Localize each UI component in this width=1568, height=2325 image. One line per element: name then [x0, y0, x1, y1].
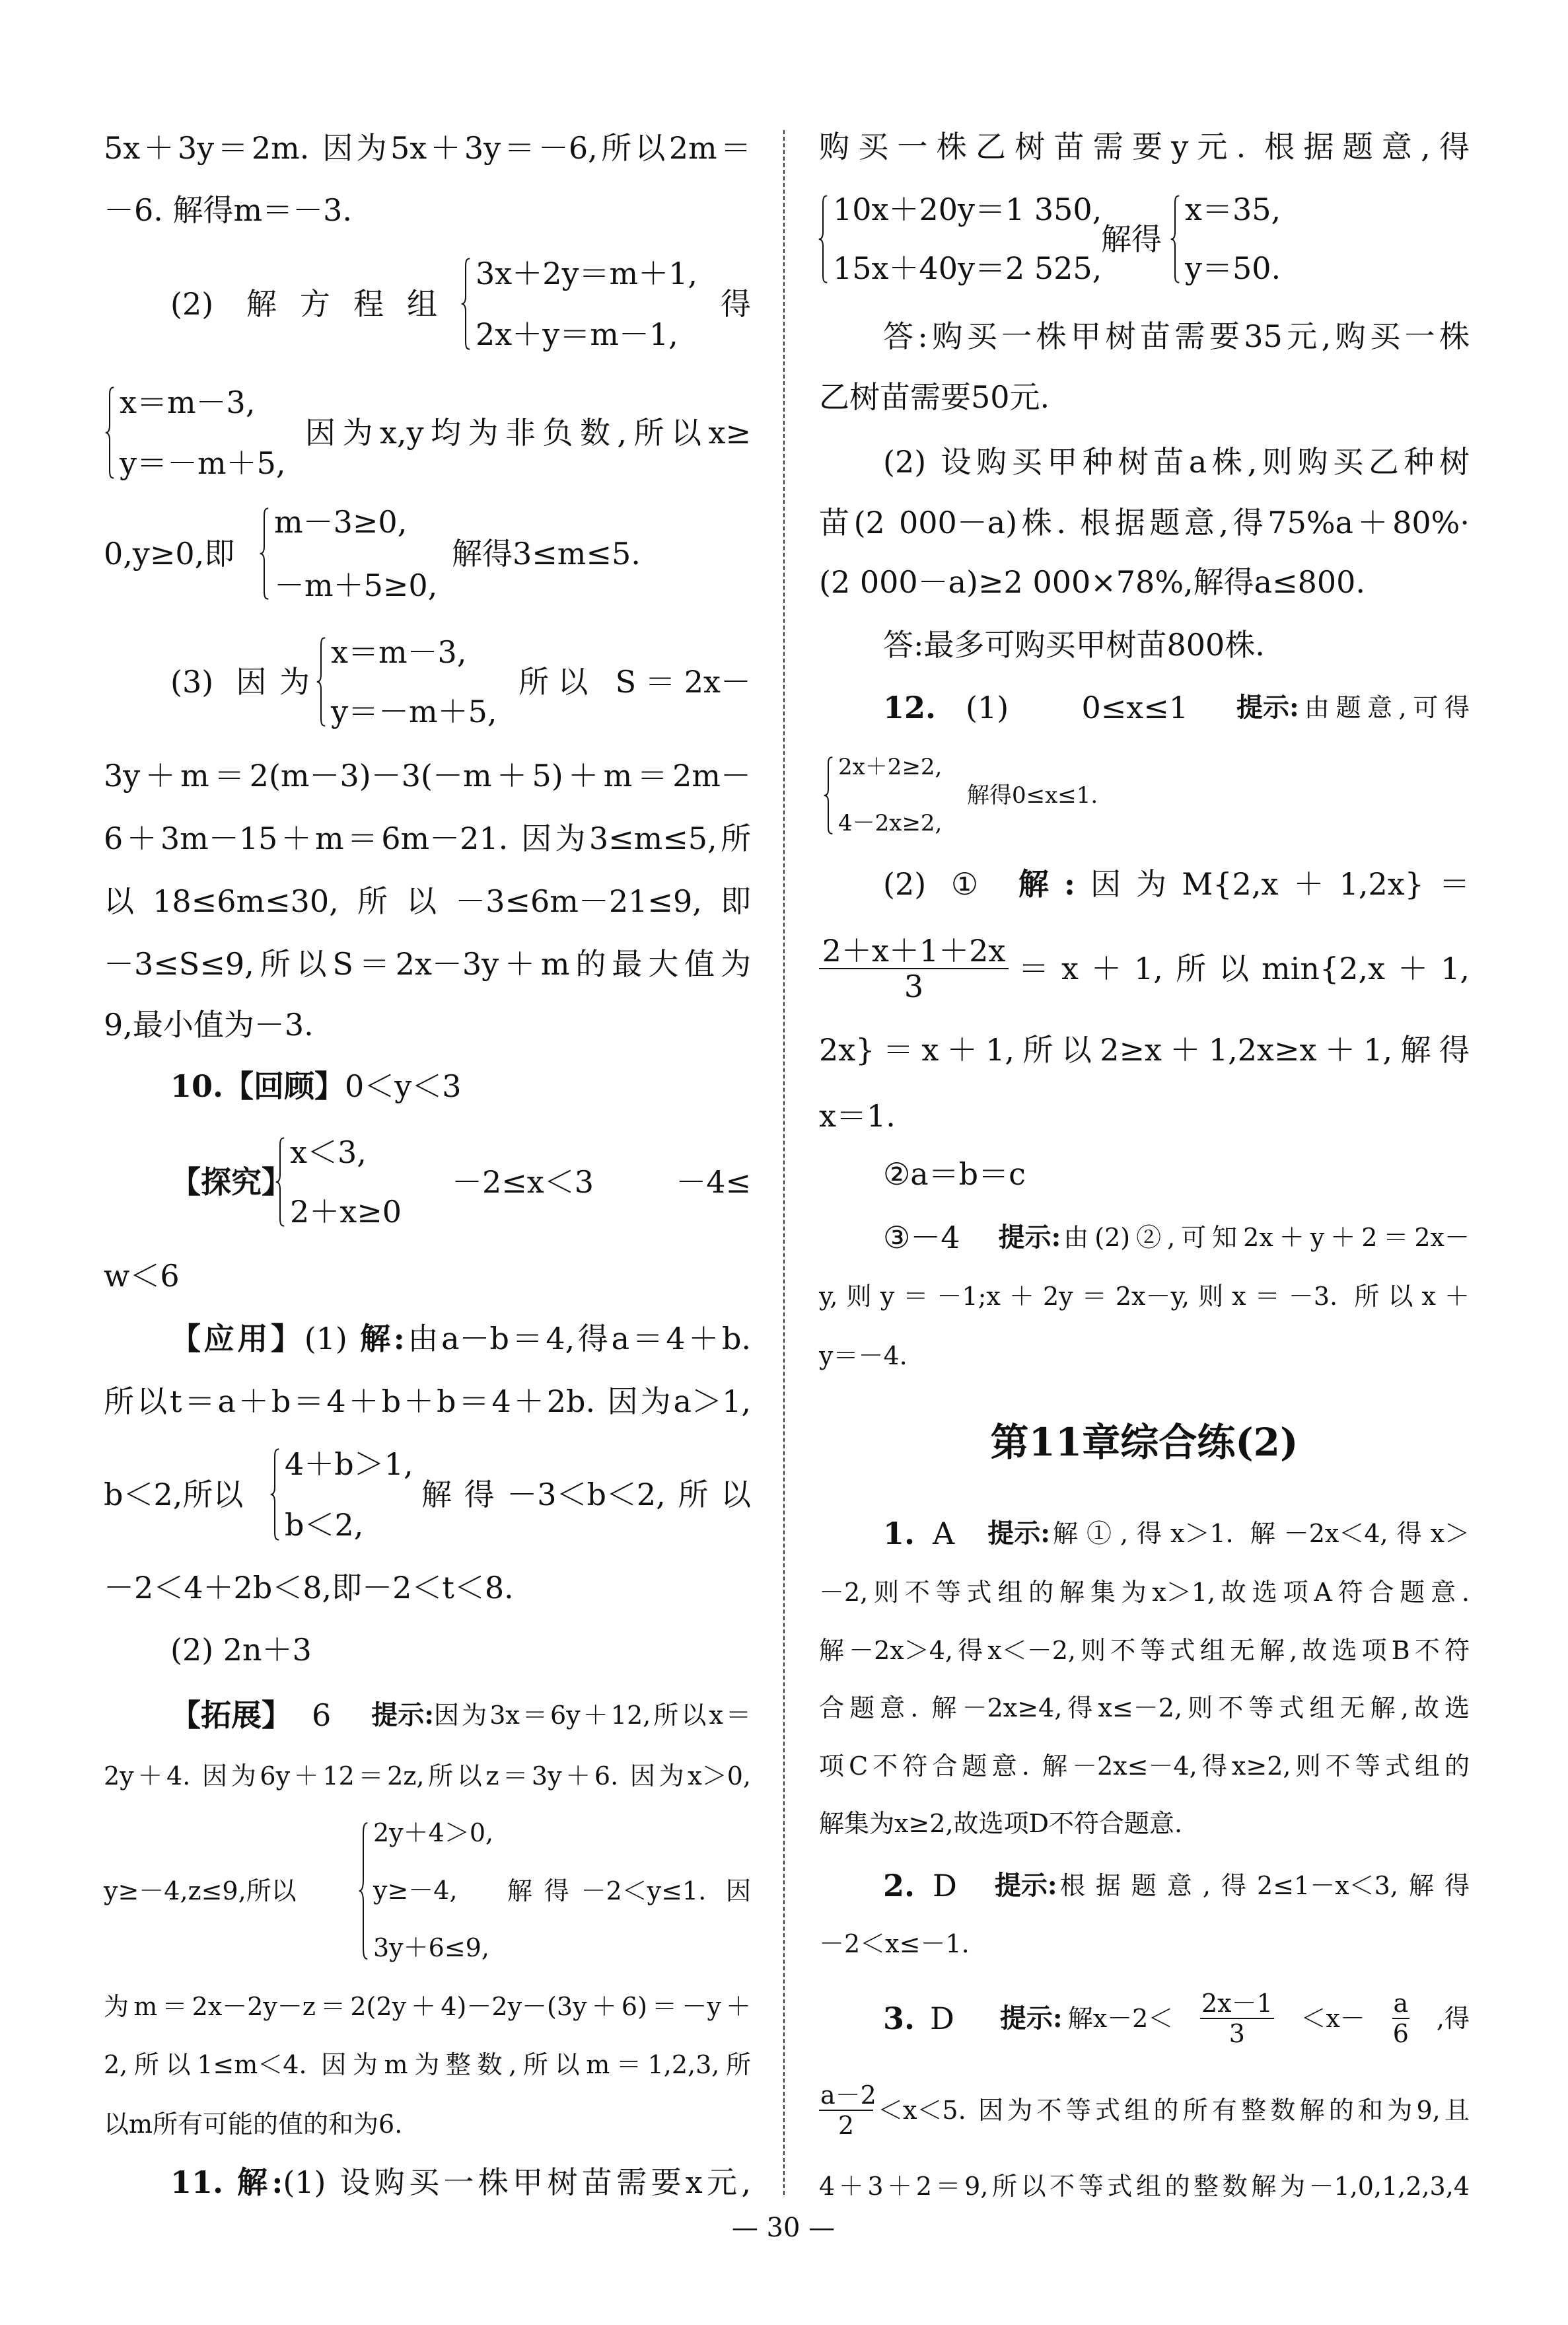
review-q3-line: a－2 2 ＜x＜5. 因为不等式组的所有整数解的和为9,且 — [819, 2077, 1470, 2143]
q9-solution-line: x＝m－3, y＝－m＋5, 因为x,y均为非负数,所以x≥ — [104, 372, 751, 494]
numerator: 2＋x＋1＋2x — [819, 934, 1009, 969]
answer: ③－4 — [883, 1219, 960, 1256]
text: (1) 设购买一株甲树苗需要x元, — [283, 2164, 751, 2200]
question-number: 12. — [883, 689, 936, 726]
equation: x＝m－3, — [120, 372, 297, 433]
chapter-heading: 第11章综合练(2) — [819, 1419, 1470, 1465]
numerator: a－2 — [819, 2081, 873, 2111]
section-label: 【应用】 — [170, 1321, 304, 1356]
text: 得 — [721, 285, 751, 322]
q10-line: －2＜4＋2b＜8,即－2＜t＜8. — [104, 1569, 751, 1606]
hint-text: ,得 — [1437, 2003, 1470, 2034]
q9-line: 5x＋3y＝2m. 因为5x＋3y＝－6,所以2m＝ — [104, 129, 751, 166]
answer: (1) 0≤x≤1 — [966, 689, 1188, 726]
page-number: — 30 — — [651, 2212, 915, 2244]
hint-text: ＜x＜5. 因为不等式组的所有整数解的和为9,且 — [878, 2095, 1470, 2125]
equation: y＝－m＋5, — [331, 682, 509, 741]
hint-label: 提示: — [995, 1867, 1057, 1904]
part-label: (1) — [304, 1321, 360, 1356]
inequality: x＜3, — [290, 1123, 409, 1182]
equation: 10x＋20y＝1 350, — [833, 180, 1098, 239]
hint-line: 为m＝2x－2y－z＝2(2y＋4)－2y－(3y＋6)＝－y＋ — [104, 1991, 751, 2022]
q11-line: 11. 解:(1) 设购买一株甲树苗需要x元, — [170, 2164, 751, 2201]
left-brace-icon — [357, 1822, 369, 1960]
hint-line: 合题意. 解－2x≥4,得x≤－2,则不等式组无解,故选 — [819, 1693, 1470, 1723]
part-label: (2) ① — [883, 866, 1018, 902]
q10-apply-system-line: b＜2,所以 4＋b＞1, b＜2, 解得－3＜b＜2,所以 — [104, 1434, 751, 1555]
inequality-system: 2x＋2≥2, 4－2x≥2, — [822, 739, 962, 852]
inequality: －m＋5≥0, — [274, 554, 446, 617]
text: 解得 — [1101, 221, 1164, 258]
explore-answers: －2≤x＜3 －4≤ — [452, 1163, 751, 1200]
equation-system: 10x＋20y＝1 350, 15x＋40y＝2 525, — [817, 180, 1098, 298]
q9-line: 3y＋m＝2(m－3)－3(－m＋5)＋m＝2m－ — [104, 757, 751, 794]
denominator: 6 — [1392, 2019, 1410, 2048]
text: 由a－b＝4,得a＝4＋b. — [405, 1321, 751, 1356]
text: 解得3≤m≤5. — [452, 535, 641, 572]
text: 因为x,y均为非负数,所以x≥ — [305, 414, 751, 451]
denominator: 2 — [819, 2111, 873, 2140]
hint-line: 2,所以1≤m＜4. 因为m为整数,所以m＝1,2,3,所 — [104, 2049, 751, 2080]
equation-rows: x＝m－3, y＝－m＋5, — [331, 622, 509, 741]
equation-system: x＝m－3, y＝－m＋5, — [315, 622, 509, 741]
answer: －4≤ — [676, 1163, 751, 1200]
inequality: b＜2, — [285, 1495, 414, 1555]
q12-line: x＝1. — [819, 1097, 1470, 1134]
hint-label: 提示: — [371, 1697, 434, 1734]
question-number: 10. — [170, 1068, 223, 1104]
left-brace-icon — [460, 258, 472, 350]
solve-label: 解: — [1018, 866, 1075, 902]
section-label: 【拓展】 — [170, 1697, 292, 1734]
answer-key-page: 5x＋3y＝2m. 因为5x＋3y＝－6,所以2m＝ －6. 解得m＝－3. (… — [0, 0, 1568, 2325]
hint-line: 4＋3＋2＝9,所以不等式组的整数解为－1,0,1,2,3,4 — [819, 2171, 1470, 2201]
inequality: 3y＋6≤9, — [373, 1919, 500, 1977]
q9-line: 9,最小值为－3. — [104, 1006, 751, 1043]
hint-text: 因为3x＝6y＋12,所以x＝ — [434, 1700, 751, 1730]
q9-line: 6＋3m－15＋m＝6m－21. 因为3≤m≤5,所 — [104, 820, 751, 857]
equation: 3x＋2y＝m＋1, — [476, 243, 697, 304]
hint-text: 解得－2＜y≤1. 因 — [507, 1876, 751, 1906]
solution-system: x＝m－3, y＝－m＋5, — [104, 372, 297, 494]
inequality: 4－2x≥2, — [838, 795, 962, 852]
hint-label: 提示: — [999, 1219, 1061, 1256]
equation-rows: 10x＋20y＝1 350, 15x＋40y＝2 525, — [833, 180, 1098, 298]
part-label: (3) 因为 — [170, 663, 310, 700]
q10-line: 所以t＝a＋b＝4＋b＋b＝4＋2b. 因为a＞1, — [104, 1383, 751, 1420]
q9-line: －3≤S≤9,所以S＝2x－3y＋m的最大值为 — [104, 945, 751, 982]
q9-part3-system-line: (3) 因为 x＝m－3, y＝－m＋5, 所以 S＝2x－ — [170, 621, 751, 743]
left-brace-icon — [315, 637, 327, 727]
question-number: 1. — [883, 1515, 915, 1552]
section-label: 【回顾】 — [223, 1068, 345, 1104]
fraction: 2＋x＋1＋2x 3 — [819, 934, 1009, 1004]
equation-rows: x＝35, y＝50. — [1185, 180, 1284, 298]
review-q1-line: 1. A 提示: 解①,得x＞1. 解－2x＜4,得x＞ — [883, 1515, 1470, 1552]
inequality-system: m－3≥0, －m＋5≥0, — [258, 490, 446, 617]
inequality: 2y＋4＞0, — [373, 1804, 500, 1862]
review-q3-line: 3. D 提示: 解x－2＜ 2x－1 3 ＜x－ a 6 ,得 — [883, 1985, 1470, 2051]
hint-line: 解－2x＞4,得x＜－2,则不等式组无解,故选项B不符 — [819, 1635, 1470, 1666]
hint-line: －2＜x≤－1. — [819, 1929, 1470, 1959]
left-brace-icon — [1169, 195, 1181, 283]
q11-line: (2 000－a)≥2 000×78%,解得a≤800. — [819, 564, 1470, 601]
hint-line: 以m所有可能的值的和为6. — [104, 2109, 751, 2139]
answer: 6 — [312, 1697, 331, 1734]
inequality-rows: x＜3, 2＋x≥0 — [290, 1123, 409, 1241]
text: 所以 S＝2x－ — [518, 663, 751, 700]
q10-apply-part2: (2) 2n＋3 — [170, 1631, 751, 1668]
hint-text: 根据题意,得2≤1－x＜3,解得 — [1060, 1870, 1470, 1901]
question-number: 11. — [170, 2164, 223, 2200]
hint-text: 由(2)②,可知2x＋y＋2＝2x－ — [1063, 1222, 1470, 1253]
hint-line: 2y＋4. 因为6y＋12＝2z,所以z＝3y＋6. 因为x＞0, — [104, 1761, 751, 1791]
hint-label: 提示: — [1000, 2000, 1063, 2037]
q11-answer-line: 答:最多可购买甲树苗800株. — [883, 626, 1470, 663]
equation: y＝－m＋5, — [120, 433, 297, 494]
equation-rows: 3x＋2y＝m＋1, 2x＋y＝m－1, — [476, 243, 697, 365]
equation-system: 3x＋2y＝m＋1, 2x＋y＝m－1, — [460, 243, 697, 365]
hint-label: 提示: — [987, 1515, 1050, 1552]
numerator: 2x－1 — [1200, 1989, 1274, 2019]
inequality: y≥－4, — [373, 1862, 500, 1919]
q10-extend-system-line: y≥－4,z≤9,所以 2y＋4＞0, y≥－4, 3y＋6≤9, 解得－2＜y… — [104, 1804, 751, 1977]
left-brace-icon — [104, 387, 116, 479]
solve-label: 解: — [237, 2164, 283, 2200]
inequality: m－3≥0, — [274, 490, 446, 554]
answer: A — [933, 1515, 954, 1552]
left-brace-icon — [274, 1137, 286, 1227]
inequality-rows: m－3≥0, －m＋5≥0, — [274, 490, 446, 617]
hint-text: 解得0≤x≤1. — [967, 782, 1098, 809]
q11-line: 购买一株乙树苗需要y元. 根据题意,得 — [819, 128, 1470, 165]
q12-sub3-line: ③－4 提示: 由(2)②,可知2x＋y＋2＝2x－ — [883, 1219, 1470, 1256]
fraction: a－2 2 — [819, 2081, 873, 2140]
hint-line: 项C不符合题意. 解－2x≤－4,得x≥2,则不等式组的 — [819, 1751, 1470, 1781]
q10-apply-line: 【应用】(1) 解:由a－b＝4,得a＝4＋b. — [170, 1320, 751, 1357]
text: ＝x＋1,所以min{2,x＋1, — [1018, 950, 1470, 987]
text: 0,y≥0,即 — [104, 535, 256, 572]
q12-hint-system-line: 2x＋2≥2, 4－2x≥2, 解得0≤x≤1. — [822, 739, 1470, 852]
q10-extend-line: 【拓展】 6 提示: 因为3x＝6y＋12,所以x＝ — [170, 1697, 751, 1734]
q11-answer-line: 答:购买一株甲树苗需要35元,购买一株 — [883, 318, 1470, 355]
review-q2-line: 2. D 提示: 根据题意,得2≤1－x＜3,解得 — [883, 1867, 1470, 1904]
equation-rows: x＝m－3, y＝－m＋5, — [120, 372, 297, 494]
hint-text: y≥－4,z≤9,所以 — [104, 1876, 353, 1906]
left-brace-icon — [258, 507, 270, 600]
solve-label: 解: — [360, 1321, 405, 1356]
answer: D — [930, 2000, 954, 2037]
inequality-rows: 2y＋4＞0, y≥－4, 3y＋6≤9, — [373, 1804, 500, 1977]
q12-fraction-line: 2＋x＋1＋2x 3 ＝x＋1,所以min{2,x＋1, — [819, 934, 1470, 1004]
q11-line: 苗(2 000－a)株. 根据题意,得75%a＋80%· — [819, 504, 1470, 541]
hint-expression: 解x－2＜ 2x－1 3 ＜x－ a 6 ,得 — [1068, 1989, 1470, 2048]
text: 因为M{2,x＋1,2x}＝ — [1075, 866, 1470, 902]
q9-line: 以18≤6m≤30,所以－3≤6m－21≤9,即 — [104, 883, 751, 920]
inequality: 2x＋2≥2, — [838, 739, 962, 795]
inequality-rows: 4＋b＞1, b＜2, — [285, 1434, 414, 1555]
left-brace-icon — [269, 1448, 281, 1541]
section-label: 【探究】 — [170, 1163, 264, 1200]
hint-line: y＝－4. — [819, 1341, 1470, 1371]
hint-line: 解集为x≥2,故选项D不符合题意. — [819, 1808, 1470, 1839]
q11-system-line: 10x＋20y＝1 350, 15x＋40y＝2 525, 解得 x＝35, y… — [817, 180, 1470, 298]
q12-line: 2x}＝x＋1,所以2≥x＋1,2x≥x＋1,解得 — [819, 1031, 1470, 1068]
hint-label: 提示: — [1236, 689, 1299, 726]
hint-text: 由题意,可得 — [1304, 692, 1470, 723]
q9-line: －6. 解得m＝－3. — [104, 192, 751, 229]
fraction: a 6 — [1392, 1989, 1410, 2048]
hint-text: 解x－2＜ — [1068, 2003, 1174, 2034]
equation: 15x＋40y＝2 525, — [833, 239, 1098, 298]
text: b＜2,所以 — [104, 1476, 266, 1513]
equation: y＝50. — [1185, 239, 1284, 298]
inequality: 4＋b＞1, — [285, 1434, 414, 1495]
answer: D — [933, 1867, 957, 1904]
hint-text: ＜x－ — [1301, 2003, 1365, 2034]
inequality-system: 2y＋4＞0, y≥－4, 3y＋6≤9, — [357, 1804, 500, 1977]
q9-part2-system-line: (2) 解方程组 3x＋2y＝m＋1, 2x＋y＝m－1, 得 — [170, 243, 751, 365]
question-number: 3. — [883, 2000, 915, 2037]
inequality-rows: 2x＋2≥2, 4－2x≥2, — [838, 739, 962, 852]
equation: x＝35, — [1185, 180, 1284, 239]
q12-part1-line: 12. (1) 0≤x≤1 提示: 由题意,可得 — [883, 689, 1470, 726]
text: 解得－3＜b＜2,所以 — [421, 1476, 751, 1513]
q11-line: (2) 设购买甲种树苗a株,则购买乙种树 — [883, 443, 1470, 480]
hint-text: 解①,得x＞1. 解－2x＜4,得x＞ — [1053, 1518, 1470, 1549]
denominator: 3 — [1200, 2019, 1274, 2048]
answer: 0＜y＜3 — [345, 1068, 462, 1104]
part-label: (2) 解方程组 — [170, 285, 437, 322]
inequality-system: x＜3, 2＋x≥0 — [274, 1123, 409, 1241]
q12-sub2: ②a＝b＝c — [883, 1156, 1470, 1193]
column-divider — [783, 130, 785, 2195]
hint-line: －2,则不等式组的解集为x＞1,故选项A符合题意. — [819, 1577, 1470, 1607]
equation: 2x＋y＝m－1, — [476, 304, 697, 365]
hint-line: y,则y＝－1;x＋2y＝2x－y,则x＝－3. 所以x＋ — [819, 1281, 1470, 1311]
fraction: 2x－1 3 — [1200, 1989, 1274, 2048]
q12-part2-line: (2) ① 解:因为M{2,x＋1,2x}＝ — [883, 866, 1470, 903]
equation: x＝m－3, — [331, 622, 509, 682]
denominator: 3 — [819, 969, 1009, 1004]
inequality: 2＋x≥0 — [290, 1182, 409, 1241]
answer: －2≤x＜3 — [452, 1163, 594, 1200]
q10-explore-line: 【探究】 x＜3, 2＋x≥0 －2≤x＜3 －4≤ — [170, 1123, 751, 1241]
q10-line: w＜6 — [104, 1257, 751, 1294]
numerator: a — [1392, 1989, 1410, 2019]
solution-system: x＝35, y＝50. — [1169, 180, 1284, 298]
inequality-system: 4＋b＞1, b＜2, — [269, 1434, 414, 1555]
left-brace-icon — [817, 195, 829, 283]
q11-answer-line: 乙树苗需要50元. — [819, 379, 1470, 416]
left-brace-icon — [822, 757, 834, 834]
q9-condition-line: 0,y≥0,即 m－3≥0, －m＋5≥0, 解得3≤m≤5. — [104, 493, 751, 614]
q10-review-line: 10.【回顾】0＜y＜3 — [170, 1068, 751, 1105]
question-number: 2. — [883, 1867, 915, 1904]
